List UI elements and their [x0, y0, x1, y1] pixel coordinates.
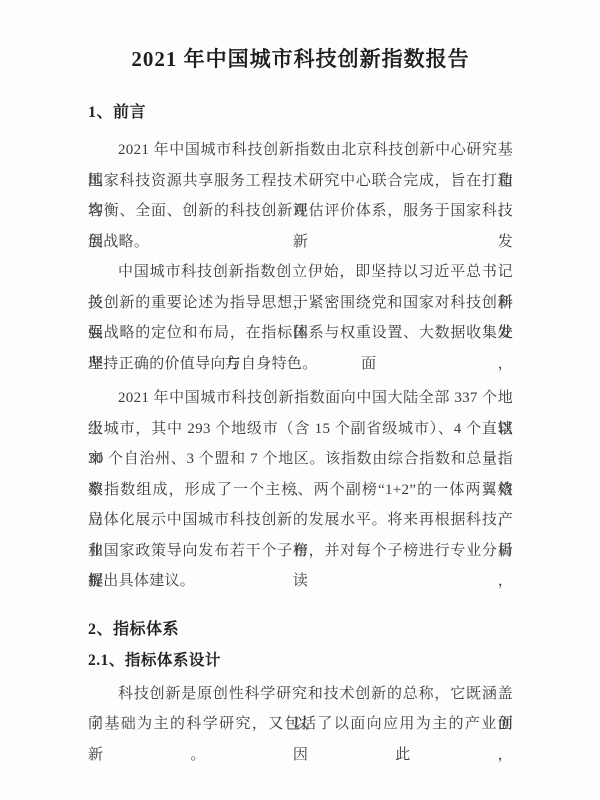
document-title: 2021 年中国城市科技创新指数报告	[88, 0, 513, 72]
document-content: 2021 年中国城市科技创新指数报告 1、前言 2021 年中国城市科技创新指数…	[0, 0, 600, 740]
text-line: 率指数组成，形成了一个主榜、两个副榜“1+2”的一体两翼格局，	[88, 475, 513, 506]
text-line: 2021 年中国城市科技创新指数由北京科技创新中心研究基地和	[88, 135, 513, 166]
text-line: 国家科技资源共享服务工程技术研究中心联合完成，旨在打造客观、	[88, 166, 513, 197]
text-line: 2021 年中国城市科技创新指数面向中国大陆全部 337 个地级以	[88, 383, 513, 414]
text-line: 30 个自治州、3 个盟和 7 个地区。该指数由综合指数和总量指数、效	[88, 444, 513, 475]
paragraph-3: 2021 年中国城市科技创新指数面向中国大陆全部 337 个地级以 上城市，其中…	[88, 383, 513, 597]
section-1-heading: 1、前言	[88, 103, 513, 123]
section-2-1-heading: 2.1、指标体系设计	[88, 651, 513, 671]
text-line: 技创新的重要论述为指导思想，紧密围绕党和国家对科技创新强国发	[88, 288, 513, 319]
document-page: 2021 年中国城市科技创新指数报告 1、前言 2021 年中国城市科技创新指数…	[0, 0, 600, 800]
text-line: 科技创新是原创性科学研究和技术创新的总称，它既涵盖了以面	[88, 679, 513, 710]
paragraph-4: 科技创新是原创性科学研究和技术创新的总称，它既涵盖了以面 向基础为主的科学研究，…	[88, 679, 513, 740]
text-line: 立体化展示中国城市科技创新的发展水平。将来再根据科技产业布局	[88, 505, 513, 536]
text-line: 向基础为主的科学研究，又包括了以面向应用为主的产业创新。因此，	[88, 709, 513, 740]
paragraph-2: 中国城市科技创新指数创立伊始，即坚持以习近平总书记关于科 技创新的重要论述为指导…	[88, 257, 513, 379]
text-line: 上城市，其中 293 个地级市（含 15 个副省级城市）、4 个直辖市、	[88, 414, 513, 445]
text-line: 展战略的定位和布局，在指标体系与权重设置、大数据收集处理方面，	[88, 318, 513, 349]
text-line: 中国城市科技创新指数创立伊始，即坚持以习近平总书记关于科	[88, 257, 513, 288]
paragraph-1: 2021 年中国城市科技创新指数由北京科技创新中心研究基地和 国家科技资源共享服…	[88, 135, 513, 257]
text-line: 均衡、全面、创新的科技创新评估评价体系，服务于国家科技创新发	[88, 196, 513, 227]
section-2-heading: 2、指标体系	[88, 619, 513, 641]
text-line: 和国家政策导向发布若干个子榜，并对每个子榜进行专业分析解读，	[88, 536, 513, 567]
